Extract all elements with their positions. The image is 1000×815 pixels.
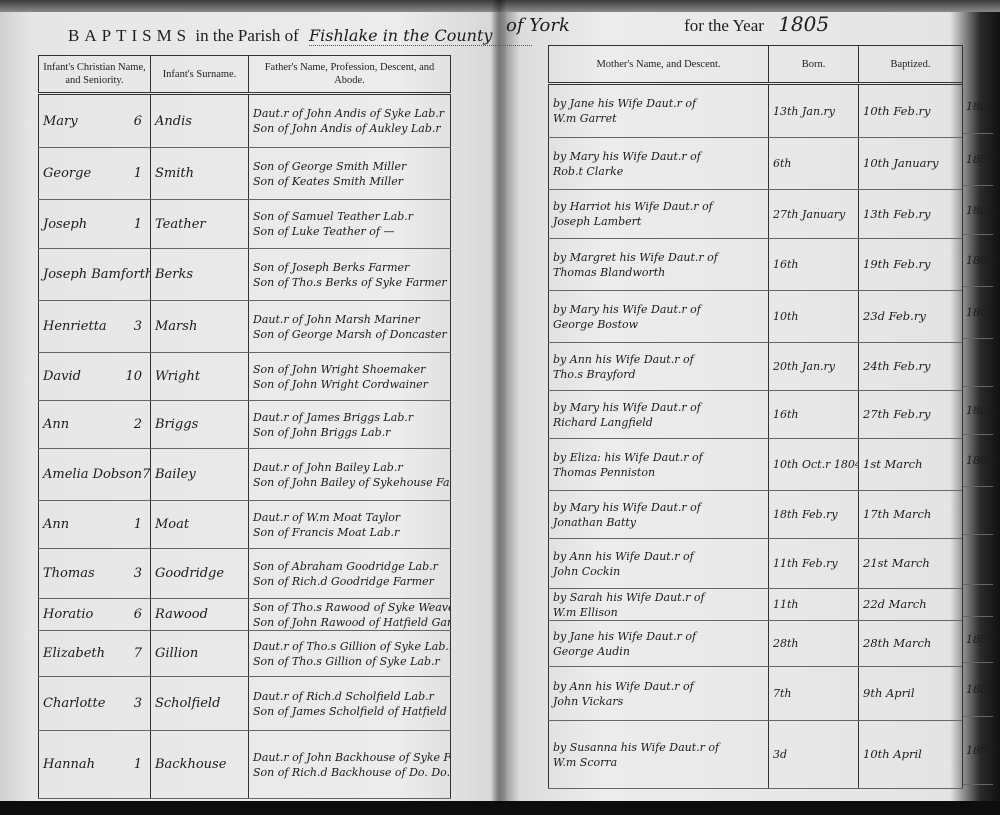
mother-line-2: Thomas Blandworth [553,265,764,280]
surname-cell: Gillion [151,631,249,677]
father-cell: Daut.r of John Marsh MarinerSon of Georg… [249,301,451,353]
christian-name: Ann [43,516,69,533]
seniority: 10 [125,368,146,385]
baptized-date: 10th January [859,138,963,190]
seniority: 6 [134,606,146,623]
seniority: 1 [134,216,146,233]
baptized-date: 17th March [859,491,963,539]
christian-name-cell: Henrietta3 [39,301,151,353]
baptized-date: 13th Feb.ry [859,190,963,239]
mother-line-2: W.m Garret [553,111,764,126]
baptism-row-left: Mary6AndisDaut.r of John Andis of Syke L… [39,94,451,148]
father-cell: Daut.r of Tho.s Gillion of Syke Lab.rSon… [249,631,451,677]
surname-cell: Backhouse [151,731,249,799]
baptism-row-right: by Margret his Wife Daut.r ofThomas Blan… [549,239,963,291]
col-father: Father's Name, Profession, Descent, and … [249,56,451,94]
christian-name-cell: Horatio6 [39,599,151,631]
surname-cell: Bailey [151,449,249,501]
mother-line-1: by Mary his Wife Daut.r of [553,500,764,515]
surname-cell: Goodridge [151,549,249,599]
mother-line-1: by Eliza: his Wife Daut.r of [553,450,764,465]
christian-name-cell: David10 [39,353,151,401]
baptized-date: 10th April [859,721,963,789]
father-line-1: Son of Abraham Goodridge Lab.r [253,559,446,574]
baptism-row-left: David10WrightSon of John Wright Shoemake… [39,353,451,401]
entry-year: 1805 [963,663,993,717]
mother-cell: by Mary his Wife Daut.r ofJonathan Batty [549,491,769,539]
entry-year: 1805 [963,387,993,435]
father-line-2: Son of John Briggs Lab.r [253,425,446,440]
baptism-row-left: Ann1MoatDaut.r of W.m Moat TaylorSon of … [39,501,451,549]
christian-name: Hannah [43,756,95,773]
father-line-1: Daut.r of James Briggs Lab.r [253,410,446,425]
mother-cell: by Eliza: his Wife Daut.r ofThomas Penni… [549,439,769,491]
baptism-row-right: by Mary his Wife Daut.r ofJonathan Batty… [549,491,963,539]
christian-name-cell: Charlotte3 [39,677,151,731]
mother-cell: by Jane his Wife Daut.r ofW.m Garret [549,84,769,138]
father-line-2: Son of Tho.s Gillion of Syke Lab.r [253,654,446,669]
father-line-1: Daut.r of John Backhouse of Syke Farm.r [253,750,446,765]
mother-line-1: by Jane his Wife Daut.r of [553,96,764,111]
father-line-1: Son of John Wright Shoemaker [253,362,446,377]
christian-name-cell: Elizabeth7 [39,631,151,677]
mother-line-1: by Margret his Wife Daut.r of [553,250,764,265]
mother-cell: by Jane his Wife Daut.r ofGeorge Audin [549,621,769,667]
book-bottom-edge [0,801,1000,815]
baptism-row-right: by Ann his Wife Daut.r ofTho.s Brayford2… [549,343,963,391]
surname-cell: Rawood [151,599,249,631]
christian-name: David [43,368,81,385]
mother-cell: by Harriot his Wife Daut.r ofJoseph Lamb… [549,190,769,239]
seniority: 6 [134,113,146,130]
baptized-date: 19th Feb.ry [859,239,963,291]
seniority: 7 [134,645,146,662]
father-cell: Son of Joseph Berks FarmerSon of Tho.s B… [249,249,451,301]
born-date: 20th Jan.ry [769,343,859,391]
entry-year [963,339,993,387]
baptism-row-left: Horatio6RawoodSon of Tho.s Rawood of Syk… [39,599,451,631]
father-cell: Daut.r of John Andis of Syke Lab.rSon of… [249,94,451,148]
baptized-date: 21st March [859,539,963,589]
baptized-date: 22d March [859,589,963,621]
born-date: 13th Jan.ry [769,84,859,138]
born-date: 16th [769,391,859,439]
father-line-2: Son of Keates Smith Miller [253,174,446,189]
mother-line-2: Tho.s Brayford [553,367,764,382]
year-margin-column: 1805180518051805180518051805180518051805 [962,80,993,785]
mother-line-1: by Harriot his Wife Daut.r of [553,199,764,214]
col-surname: Infant's Surname. [151,56,249,94]
mother-line-2: George Audin [553,644,764,659]
father-line-1: Daut.r of W.m Moat Taylor [253,510,446,525]
surname-cell: Smith [151,148,249,200]
christian-name-cell: Ann1 [39,501,151,549]
baptism-row-left: Thomas3GoodridgeSon of Abraham Goodridge… [39,549,451,599]
baptism-row-left: Henrietta3MarshDaut.r of John Marsh Mari… [39,301,451,353]
mother-line-2: George Bostow [553,317,764,332]
father-line-2: Son of Tho.s Berks of Syke Farmer [253,275,446,290]
mother-line-1: by Mary his Wife Daut.r of [553,400,764,415]
entry-year: 1805 [963,186,993,235]
mother-line-2: W.m Scorra [553,755,764,770]
father-line-1: Son of Tho.s Rawood of Syke Weaver [253,600,446,615]
seniority: 1 [134,165,146,182]
entry-year: 1805 [963,134,993,186]
christian-name: Joseph Bamforth [43,266,151,283]
baptism-row-right: by Susanna his Wife Daut.r ofW.m Scorra3… [549,721,963,789]
born-date: 18th Feb.ry [769,491,859,539]
baptism-row-left: Joseph Bamforth9BerksSon of Joseph Berks… [39,249,451,301]
born-date: 27th January [769,190,859,239]
entry-year: 1805 [963,435,993,487]
born-date: 6th [769,138,859,190]
register-heading-year: of York for the Year 1805 [506,12,829,36]
baptism-row-left: Elizabeth7GillionDaut.r of Tho.s Gillion… [39,631,451,677]
christian-name: George [43,165,91,182]
father-cell: Daut.r of John Bailey Lab.rSon of John B… [249,449,451,501]
baptized-date: 9th April [859,667,963,721]
christian-name-cell: Hannah1 [39,731,151,799]
baptism-row-right: by Eliza: his Wife Daut.r ofThomas Penni… [549,439,963,491]
baptism-row-right: by Mary his Wife Daut.r ofGeorge Bostow1… [549,291,963,343]
mother-line-1: by Ann his Wife Daut.r of [553,352,764,367]
infant-father-table: Infant's Christian Name, and Seniority. … [38,55,451,799]
surname-cell: Berks [151,249,249,301]
surname-cell: Briggs [151,401,249,449]
father-line-1: Daut.r of Tho.s Gillion of Syke Lab.r [253,639,446,654]
baptism-row-right: by Jane his Wife Daut.r ofW.m Garret13th… [549,84,963,138]
surname-cell: Moat [151,501,249,549]
mother-line-1: by Sarah his Wife Daut.r of [553,590,764,605]
christian-name: Mary [43,113,78,130]
father-line-2: Son of Rich.d Backhouse of Do. Do. [253,765,446,780]
county-name: of York [506,15,570,36]
seniority: 3 [134,565,146,582]
register-year: 1805 [778,12,829,36]
baptism-row-right: by Mary his Wife Daut.r ofRichard Langfi… [549,391,963,439]
entry-year [963,535,993,585]
baptism-row-left: Charlotte3ScholfieldDaut.r of Rich.d Sch… [39,677,451,731]
father-line-1: Son of Joseph Berks Farmer [253,260,446,275]
mother-line-2: W.m Ellison [553,605,764,620]
surname-cell: Marsh [151,301,249,353]
father-line-1: Son of Samuel Teather Lab.r [253,209,446,224]
father-line-1: Daut.r of John Marsh Mariner [253,312,446,327]
entry-year: 1805 [963,617,993,663]
father-line-1: Daut.r of John Andis of Syke Lab.r [253,106,446,121]
mother-line-2: Richard Langfield [553,415,764,430]
seniority: 7 [142,466,150,483]
baptism-row-left: Joseph1TeatherSon of Samuel Teather Lab.… [39,200,451,249]
mother-line-1: by Mary his Wife Daut.r of [553,302,764,317]
entry-year [963,585,993,617]
father-line-2: Son of Luke Teather of — [253,224,446,239]
father-cell: Son of John Wright ShoemakerSon of John … [249,353,451,401]
heading-baptisms: BAPTISMS [68,26,191,45]
mother-cell: by Mary his Wife Daut.r ofRichard Langfi… [549,391,769,439]
col-baptized: Baptized. [859,46,963,84]
christian-name: Charlotte [43,695,105,712]
surname-cell: Wright [151,353,249,401]
father-line-1: Daut.r of John Bailey Lab.r [253,460,446,475]
father-cell: Son of George Smith MillerSon of Keates … [249,148,451,200]
baptized-date: 28th March [859,621,963,667]
book-gutter [492,0,506,815]
christian-name-cell: George1 [39,148,151,200]
baptism-row-right: by Ann his Wife Daut.r ofJohn Cockin11th… [549,539,963,589]
christian-name-cell: Mary6 [39,94,151,148]
baptized-date: 23d Feb.ry [859,291,963,343]
mother-cell: by Sarah his Wife Daut.r ofW.m Ellison [549,589,769,621]
mother-line-2: Rob.t Clarke [553,164,764,179]
seniority: 3 [134,318,146,335]
mother-line-2: John Cockin [553,564,764,579]
baptism-row-left: George1SmithSon of George Smith MillerSo… [39,148,451,200]
seniority: 1 [134,756,146,773]
father-cell: Daut.r of James Briggs Lab.rSon of John … [249,401,451,449]
christian-name-cell: Ann2 [39,401,151,449]
born-date: 28th [769,621,859,667]
mother-dates-table: Mother's Name, and Descent. Born. Baptiz… [548,45,963,789]
mother-cell: by Ann his Wife Daut.r ofTho.s Brayford [549,343,769,391]
father-line-2: Son of John Rawood of Hatfield Gardener [253,615,446,630]
mother-line-2: Joseph Lambert [553,214,764,229]
christian-name: Joseph [43,216,87,233]
father-line-2: Son of George Marsh of Doncaster Mariner [253,327,446,342]
baptized-date: 24th Feb.ry [859,343,963,391]
mother-cell: by Mary his Wife Daut.r ofRob.t Clarke [549,138,769,190]
christian-name-cell: Joseph1 [39,200,151,249]
mother-cell: by Ann his Wife Daut.r ofJohn Vickars [549,667,769,721]
father-cell: Daut.r of W.m Moat TaylorSon of Francis … [249,501,451,549]
father-cell: Son of Samuel Teather Lab.rSon of Luke T… [249,200,451,249]
father-cell: Son of Tho.s Rawood of Syke WeaverSon of… [249,599,451,631]
mother-line-2: Jonathan Batty [553,515,764,530]
year-label: for the Year [684,16,764,35]
father-line-2: Son of John Bailey of Sykehouse Farmer [253,475,446,490]
christian-name: Elizabeth [43,645,105,662]
seniority: 2 [134,416,146,433]
mother-cell: by Mary his Wife Daut.r ofGeorge Bostow [549,291,769,343]
mother-line-1: by Jane his Wife Daut.r of [553,629,764,644]
surname-cell: Andis [151,94,249,148]
seniority: 3 [134,695,146,712]
heading-parish-label: in the Parish of [195,26,298,45]
baptized-date: 27th Feb.ry [859,391,963,439]
father-cell: Daut.r of Rich.d Scholfield Lab.rSon of … [249,677,451,731]
surname-cell: Teather [151,200,249,249]
col-christian-name: Infant's Christian Name, and Seniority. [39,56,151,94]
mother-cell: by Margret his Wife Daut.r ofThomas Blan… [549,239,769,291]
born-date: 16th [769,239,859,291]
father-line-2: Son of Francis Moat Lab.r [253,525,446,540]
father-line-1: Son of George Smith Miller [253,159,446,174]
register-heading: BAPTISMS in the Parish of Fishlake in th… [68,26,532,46]
father-line-2: Son of John Wright Cordwainer [253,377,446,392]
entry-year: 1805 [963,235,993,287]
christian-name: Amelia Dobson [43,466,142,483]
baptism-row-left: Ann2BriggsDaut.r of James Briggs Lab.rSo… [39,401,451,449]
mother-line-1: by Ann his Wife Daut.r of [553,549,764,564]
father-line-2: Son of Rich.d Goodridge Farmer [253,574,446,589]
baptism-row-right: by Mary his Wife Daut.r ofRob.t Clarke6t… [549,138,963,190]
baptized-date: 10th Feb.ry [859,84,963,138]
baptized-date: 1st March [859,439,963,491]
born-date: 10th Oct.r 1804 [769,439,859,491]
baptism-row-left: Amelia Dobson7BaileyDaut.r of John Baile… [39,449,451,501]
mother-cell: by Ann his Wife Daut.r ofJohn Cockin [549,539,769,589]
father-cell: Son of Abraham Goodridge Lab.rSon of Ric… [249,549,451,599]
mother-line-1: by Mary his Wife Daut.r of [553,149,764,164]
christian-name: Thomas [43,565,95,582]
born-date: 10th [769,291,859,343]
col-mother: Mother's Name, and Descent. [549,46,769,84]
parish-name: Fishlake in the County [309,26,532,46]
entry-year [963,487,993,535]
christian-name: Ann [43,416,69,433]
entry-year: 1805 [963,717,993,785]
christian-name-cell: Thomas3 [39,549,151,599]
baptism-row-right: by Harriot his Wife Daut.r ofJoseph Lamb… [549,190,963,239]
father-line-2: Son of James Scholfield of Hatfield Wood… [253,704,446,719]
baptism-row-right: by Jane his Wife Daut.r ofGeorge Audin28… [549,621,963,667]
born-date: 11th Feb.ry [769,539,859,589]
christian-name: Horatio [43,606,93,623]
entry-year: 1805 [963,80,993,134]
baptism-row-right: by Ann his Wife Daut.r ofJohn Vickars7th… [549,667,963,721]
baptism-row-right: by Sarah his Wife Daut.r ofW.m Ellison11… [549,589,963,621]
mother-line-2: John Vickars [553,694,764,709]
father-line-1: Daut.r of Rich.d Scholfield Lab.r [253,689,446,704]
baptism-row-left: Hannah1BackhouseDaut.r of John Backhouse… [39,731,451,799]
born-date: 11th [769,589,859,621]
born-date: 3d [769,721,859,789]
father-cell: Daut.r of John Backhouse of Syke Farm.rS… [249,731,451,799]
seniority: 1 [134,516,146,533]
born-date: 7th [769,667,859,721]
christian-name: Henrietta [43,318,107,335]
christian-name-cell: Amelia Dobson7 [39,449,151,501]
christian-name-cell: Joseph Bamforth9 [39,249,151,301]
mother-line-2: Thomas Penniston [553,465,764,480]
entry-year: 1805 [963,287,993,339]
mother-line-1: by Susanna his Wife Daut.r of [553,740,764,755]
surname-cell: Scholfield [151,677,249,731]
mother-line-1: by Ann his Wife Daut.r of [553,679,764,694]
mother-cell: by Susanna his Wife Daut.r ofW.m Scorra [549,721,769,789]
father-line-2: Son of John Andis of Aukley Lab.r [253,121,446,136]
col-born: Born. [769,46,859,84]
